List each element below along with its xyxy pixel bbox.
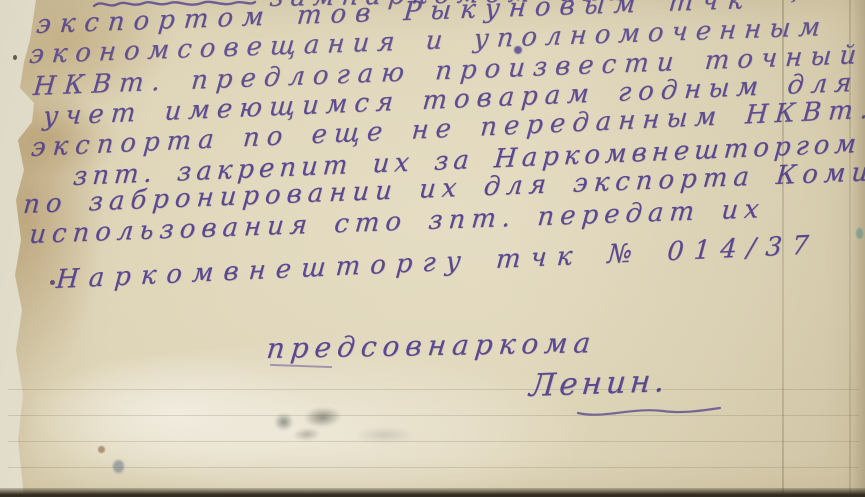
ink-speck bbox=[13, 55, 17, 60]
signature-flourish bbox=[575, 403, 723, 421]
signoff-title: предсовнаркома bbox=[265, 328, 598, 365]
stain-speck bbox=[98, 446, 105, 453]
photo-bottom-edge bbox=[0, 488, 865, 497]
faded-stamp bbox=[267, 401, 356, 447]
ruled-line bbox=[8, 467, 859, 468]
document-photo: замнаркомом или ведающим экспортом тов Р… bbox=[0, 0, 865, 497]
ink-speck bbox=[50, 280, 55, 285]
stain-speck bbox=[856, 228, 863, 239]
ruled-line bbox=[8, 389, 859, 390]
ink-speck bbox=[514, 46, 522, 54]
ink-speck bbox=[113, 460, 124, 473]
pencil-smudge bbox=[345, 423, 425, 447]
ruled-line bbox=[8, 441, 859, 442]
lenin-signature: Ленин. bbox=[528, 364, 670, 403]
ruled-line bbox=[8, 415, 859, 416]
